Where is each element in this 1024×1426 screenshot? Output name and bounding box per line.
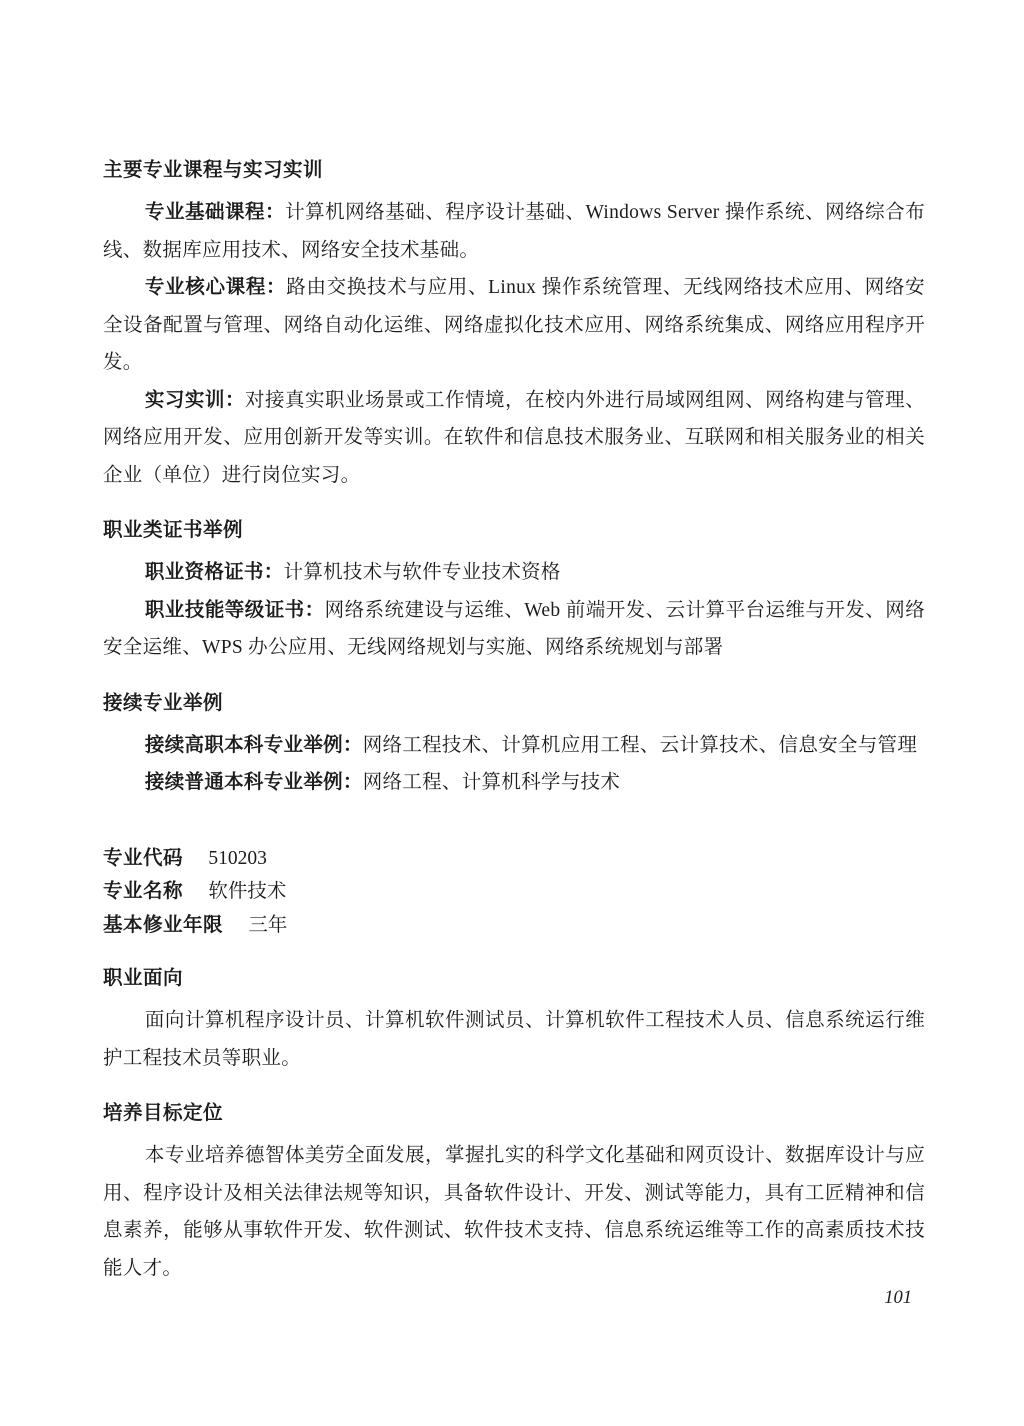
paragraph-career-orientation: 面向计算机程序设计员、计算机软件测试员、计算机软件工程技术人员、信息系统运行维护…: [103, 1002, 925, 1077]
section-heading-certificates: 职业类证书举例: [103, 516, 925, 544]
paragraph-text: 面向计算机程序设计员、计算机软件测试员、计算机软件工程技术人员、信息系统运行维护…: [103, 1010, 925, 1069]
paragraph-label: 专业基础课程：: [145, 202, 285, 223]
major-code-row: 专业代码510203: [103, 842, 925, 876]
paragraph-internship: 实习实训：对接真实职业场景或工作情境，在校内外进行局域网组网、网络构建与管理、网…: [103, 382, 925, 495]
paragraph-qualification-cert: 职业资格证书：计算机技术与软件专业技术资格: [103, 554, 925, 592]
study-duration-label: 基本修业年限: [103, 914, 223, 936]
paragraph-label: 实习实训：: [145, 390, 245, 411]
section-heading-continuing-majors: 接续专业举例: [103, 689, 925, 717]
major-name-row: 专业名称软件技术: [103, 875, 925, 909]
paragraph-skill-level-cert: 职业技能等级证书：网络系统建设与运维、Web 前端开发、云计算平台运维与开发、网…: [103, 592, 925, 667]
major-code-label: 专业代码: [103, 847, 183, 869]
paragraph-text: 网络工程技术、计算机应用工程、云计算技术、信息安全与管理: [363, 735, 917, 756]
major-code-value: 510203: [208, 848, 267, 869]
section-heading-career-orientation: 职业面向: [103, 964, 925, 992]
paragraph-core-courses: 专业核心课程：路由交换技术与应用、Linux 操作系统管理、无线网络技术应用、网…: [103, 269, 925, 382]
section-heading-main-courses: 主要专业课程与实习实训: [103, 156, 925, 184]
document-page: 主要专业课程与实习实训 专业基础课程：计算机网络基础、程序设计基础、Window…: [0, 0, 1024, 1426]
major-info-block: 专业代码510203 专业名称软件技术 基本修业年限三年: [103, 842, 925, 943]
study-duration-value: 三年: [248, 915, 287, 936]
page-number: 101: [884, 1286, 912, 1310]
paragraph-regular-bachelor: 接续普通本科专业举例：网络工程、计算机科学与技术: [103, 764, 925, 802]
paragraph-label: 职业资格证书：: [145, 562, 284, 583]
major-name-label: 专业名称: [103, 880, 183, 902]
study-duration-row: 基本修业年限三年: [103, 909, 925, 943]
paragraph-vocational-bachelor: 接续高职本科专业举例：网络工程技术、计算机应用工程、云计算技术、信息安全与管理: [103, 727, 925, 765]
paragraph-training-objectives: 本专业培养德智体美劳全面发展，掌握扎实的科学文化基础和网页设计、数据库设计与应用…: [103, 1137, 925, 1287]
paragraph-text: 计算机技术与软件专业技术资格: [284, 562, 561, 583]
paragraph-text: 本专业培养德智体美劳全面发展，掌握扎实的科学文化基础和网页设计、数据库设计与应用…: [103, 1145, 925, 1279]
paragraph-label: 专业核心课程：: [145, 277, 286, 298]
paragraph-label: 接续普通本科专业举例：: [145, 772, 363, 793]
paragraph-text: 网络工程、计算机科学与技术: [363, 772, 620, 793]
paragraph-label: 接续高职本科专业举例：: [145, 735, 363, 756]
paragraph-basic-courses: 专业基础课程：计算机网络基础、程序设计基础、Windows Server 操作系…: [103, 194, 925, 269]
major-name-value: 软件技术: [208, 881, 286, 902]
section-heading-training-objectives: 培养目标定位: [103, 1099, 925, 1127]
paragraph-label: 职业技能等级证书：: [145, 600, 325, 621]
